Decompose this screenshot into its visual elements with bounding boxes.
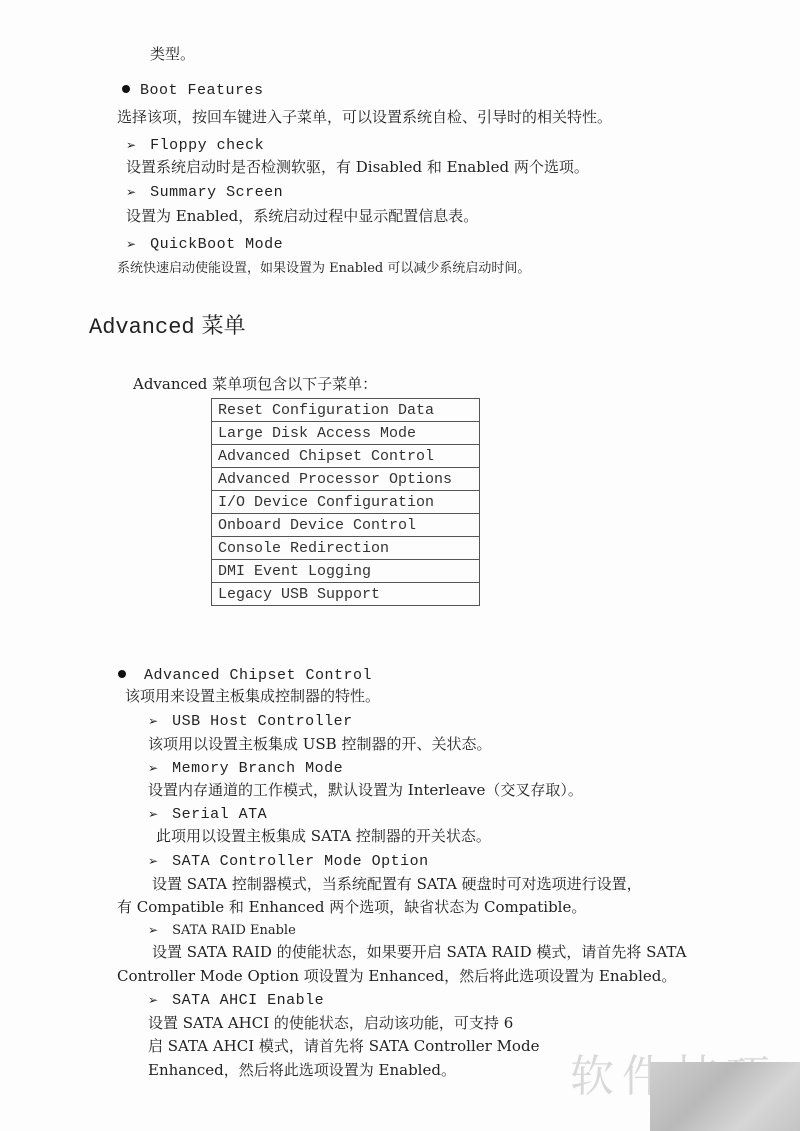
usb-host-desc: 该项用以设置主板集成 USB 控制器的开、关状态。 [148, 734, 491, 754]
arrow-bullet-icon: ➢ [148, 711, 158, 731]
sata-raid-desc-1: 设置 SATA RAID 的使能状态，如果要开启 SATA RAID 模式，请首… [152, 942, 686, 962]
table-row: DMI Event Logging [212, 560, 480, 583]
arrow-bullet-icon: ➢ [148, 990, 158, 1010]
sata-ahci-heading: ➢SATA AHCI Enable [148, 989, 324, 1011]
table-row: Legacy USB Support [212, 583, 480, 606]
sata-raid-heading: ➢SATA RAID Enable [148, 920, 296, 941]
sata-mode-desc-1: 设置 SATA 控制器模式，当系统配置有 SATA 硬盘时可对选项进行设置， [152, 874, 642, 894]
arrow-bullet-icon: ➢ [148, 851, 158, 871]
chipset-heading: Advanced Chipset Control [118, 664, 372, 686]
continuation-text: 类型。 [150, 44, 195, 64]
boot-features-heading: Boot Features [122, 79, 264, 101]
usb-host-heading: ➢USB Host Controller [148, 710, 353, 732]
quickboot-desc: 系统快速启动使能设置，如果设置为 Enabled 可以减少系统启动时间。 [117, 259, 530, 279]
sata-ahci-desc-2: 启 SATA AHCI 模式，请首先将 SATA Controller Mode [148, 1036, 539, 1056]
bullet-icon [118, 670, 126, 678]
blurred-overlay [650, 1062, 800, 1131]
advanced-intro: Advanced 菜单项包含以下子菜单： [133, 374, 377, 394]
table-row: Advanced Processor Options [212, 468, 480, 491]
summary-screen-desc: 设置为 Enabled，系统启动过程中显示配置信息表。 [126, 206, 478, 226]
table-row: Reset Configuration Data [212, 399, 480, 422]
boot-features-desc: 选择该项，按回车键进入子菜单，可以设置系统自检、引导时的相关特性。 [117, 107, 612, 127]
arrow-bullet-icon: ➢ [148, 920, 158, 940]
serial-ata-heading: ➢Serial ATA [148, 803, 267, 825]
bullet-icon [122, 85, 130, 93]
table-row: I/O Device Configuration [212, 491, 480, 514]
arrow-bullet-icon: ➢ [148, 758, 158, 778]
table-row: Console Redirection [212, 537, 480, 560]
arrow-bullet-icon: ➢ [126, 135, 136, 155]
floppy-check-desc: 设置系统启动时是否检测软驱，有 Disabled 和 Enabled 两个选项。 [126, 157, 589, 177]
sata-mode-heading: ➢SATA Controller Mode Option [148, 850, 429, 872]
sata-raid-desc-2: Controller Mode Option 项设置为 Enhanced，然后将… [117, 966, 676, 986]
arrow-bullet-icon: ➢ [148, 804, 158, 824]
table-row: Large Disk Access Mode [212, 422, 480, 445]
quickboot-heading: ➢QuickBoot Mode [126, 233, 283, 255]
arrow-bullet-icon: ➢ [126, 182, 136, 202]
floppy-check-heading: ➢Floppy check [126, 134, 264, 156]
serial-ata-desc: 此项用以设置主板集成 SATA 控制器的开关状态。 [156, 826, 491, 846]
sata-ahci-desc-3: Enhanced，然后将此选项设置为 Enabled。 [148, 1060, 456, 1080]
advanced-menu-heading: Advanced 菜单 [89, 313, 246, 342]
sata-ahci-desc-1: 设置 SATA AHCI 的使能状态，启动该功能，可支持 6 [148, 1013, 513, 1033]
memory-branch-heading: ➢Memory Branch Mode [148, 757, 343, 779]
summary-screen-heading: ➢Summary Screen [126, 181, 283, 203]
sata-mode-desc-2: 有 Compatible 和 Enhanced 两个选项，缺省状态为 Compa… [117, 897, 586, 917]
chipset-desc: 该项用来设置主板集成控制器的特性。 [125, 686, 380, 706]
text-clip-mask [560, 1012, 800, 1040]
memory-branch-desc: 设置内存通道的工作模式，默认设置为 Interleave（交叉存取）。 [148, 780, 583, 800]
table-row: Advanced Chipset Control [212, 445, 480, 468]
arrow-bullet-icon: ➢ [126, 234, 136, 254]
table-row: Onboard Device Control [212, 514, 480, 537]
submenu-table: Reset Configuration Data Large Disk Acce… [211, 398, 480, 606]
